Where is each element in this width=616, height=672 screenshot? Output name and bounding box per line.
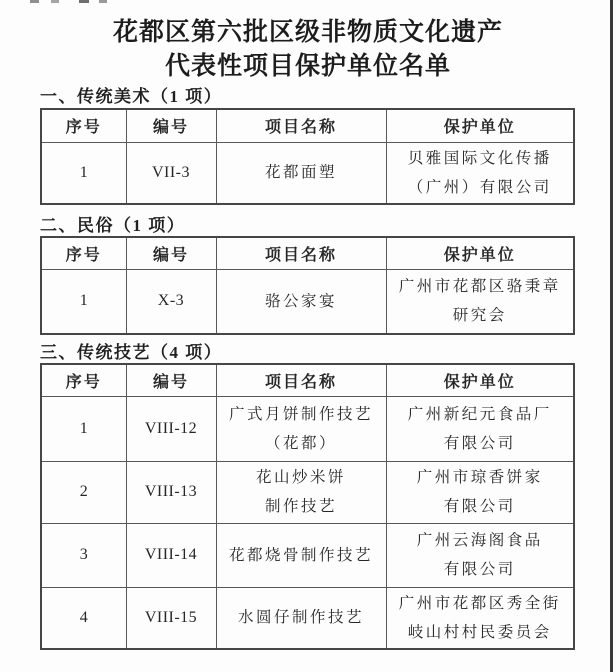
scan-artifact	[79, 0, 89, 3]
column-header-code: 编号	[126, 109, 216, 142]
cell-project-name: 花都面塑	[216, 142, 386, 204]
scan-artifact	[51, 0, 59, 3]
document-page: 花都区第六批区级非物质文化遗产 代表性项目保护单位名单 一、传统美术（1 项） …	[0, 0, 616, 672]
cell-code: VII-3	[126, 142, 216, 204]
cell-code: VIII-15	[126, 587, 216, 649]
cell-project-name: 花山炒米饼制作技艺	[216, 461, 386, 523]
table-header-row: 序号 编号 项目名称 保护单位	[41, 364, 574, 396]
cell-seq: 1	[41, 396, 126, 461]
cell-code: VIII-12	[126, 396, 216, 461]
cell-code: VIII-14	[126, 523, 216, 587]
title-line-2: 代表性项目保护单位名单	[165, 53, 451, 80]
column-header-protection-unit: 保护单位	[386, 237, 574, 269]
column-header-project-name: 项目名称	[216, 237, 386, 269]
table-traditional-craft: 序号 编号 项目名称 保护单位 1 VIII-12 广式月饼制作技艺（花都） 广…	[40, 363, 575, 650]
section-heading-traditional-craft: 三、传统技艺（4 项）	[40, 338, 222, 363]
cell-protection-unit: 广州新纪元食品厂有限公司	[386, 396, 574, 461]
cell-seq: 1	[41, 142, 126, 204]
cell-seq: 3	[41, 523, 126, 587]
scan-artifact	[99, 0, 107, 3]
title-line-1: 花都区第六批区级非物质文化遗产	[113, 19, 503, 46]
column-header-seq: 序号	[41, 237, 126, 269]
cell-project-name: 骆公家宴	[216, 269, 386, 334]
section-heading-traditional-art: 一、传统美术（1 项）	[40, 82, 222, 107]
table-row: 1 X-3 骆公家宴 广州市花都区骆秉章研究会	[41, 269, 574, 334]
cell-seq: 1	[41, 269, 126, 334]
column-header-seq: 序号	[41, 364, 126, 396]
column-header-project-name: 项目名称	[216, 109, 386, 142]
cell-protection-unit: 广州云海阁食品有限公司	[386, 523, 574, 587]
column-header-code: 编号	[126, 364, 216, 396]
cell-seq: 2	[41, 461, 126, 523]
table-row: 2 VIII-13 花山炒米饼制作技艺 广州市琼香饼家有限公司	[41, 461, 574, 523]
table-traditional-art: 序号 编号 项目名称 保护单位 1 VII-3 花都面塑 贝雅国际文化传播（广州…	[40, 108, 575, 205]
scan-artifact	[30, 0, 39, 3]
scan-edge-line	[610, 0, 613, 672]
cell-protection-unit: 广州市花都区秀全街岐山村村民委员会	[386, 587, 574, 649]
table-folk-custom: 序号 编号 项目名称 保护单位 1 X-3 骆公家宴 广州市花都区骆秉章研究会	[40, 236, 575, 335]
cell-project-name: 广式月饼制作技艺（花都）	[216, 396, 386, 461]
cell-protection-unit: 贝雅国际文化传播（广州）有限公司	[386, 142, 574, 204]
table-row: 1 VIII-12 广式月饼制作技艺（花都） 广州新纪元食品厂有限公司	[41, 396, 574, 461]
cell-code: X-3	[126, 269, 216, 334]
column-header-project-name: 项目名称	[216, 364, 386, 396]
column-header-protection-unit: 保护单位	[386, 364, 574, 396]
cell-project-name: 水圆仔制作技艺	[216, 587, 386, 649]
document-title: 花都区第六批区级非物质文化遗产 代表性项目保护单位名单	[0, 16, 616, 84]
column-header-protection-unit: 保护单位	[386, 109, 574, 142]
table-header-row: 序号 编号 项目名称 保护单位	[41, 109, 574, 142]
table-row: 4 VIII-15 水圆仔制作技艺 广州市花都区秀全街岐山村村民委员会	[41, 587, 574, 649]
column-header-code: 编号	[126, 237, 216, 269]
cell-protection-unit: 广州市琼香饼家有限公司	[386, 461, 574, 523]
table-row: 3 VIII-14 花都烧骨制作技艺 广州云海阁食品有限公司	[41, 523, 574, 587]
column-header-seq: 序号	[41, 109, 126, 142]
table-row: 1 VII-3 花都面塑 贝雅国际文化传播（广州）有限公司	[41, 142, 574, 204]
table-header-row: 序号 编号 项目名称 保护单位	[41, 237, 574, 269]
cell-project-name: 花都烧骨制作技艺	[216, 523, 386, 587]
cell-protection-unit: 广州市花都区骆秉章研究会	[386, 269, 574, 334]
cell-code: VIII-13	[126, 461, 216, 523]
cell-seq: 4	[41, 587, 126, 649]
section-heading-folk-custom: 二、民俗（1 项）	[40, 211, 185, 236]
